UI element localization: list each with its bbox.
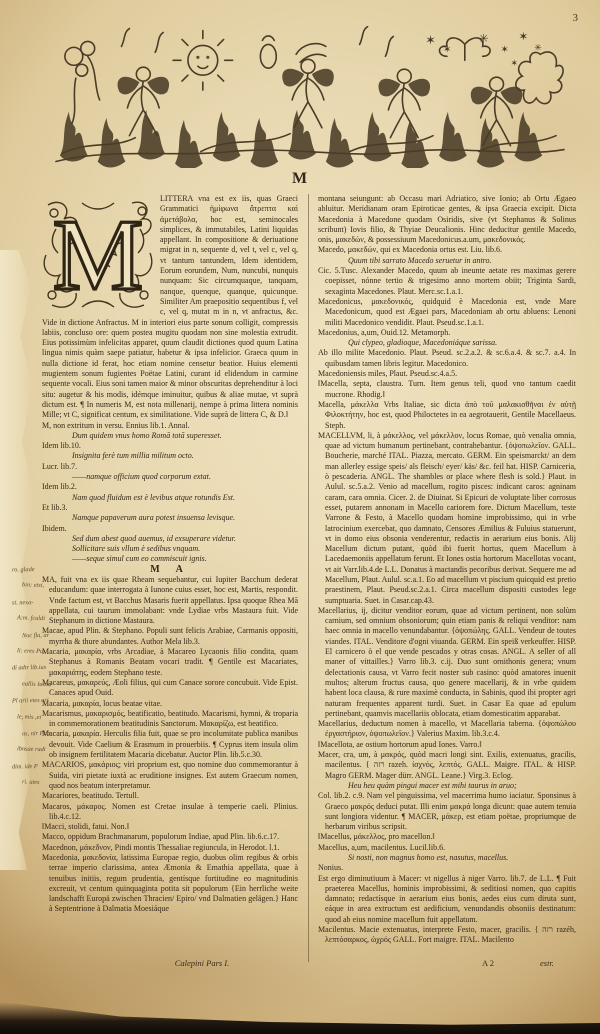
text-columns: M LITTERA vna est ex iis, quas Graeci Gr… xyxy=(42,194,576,962)
star-icon: ✶ xyxy=(510,59,517,69)
margin-note: ibnsae radi xyxy=(17,742,66,760)
paragraph: Macaria, μακαρία, locus beatae vitae. xyxy=(42,699,298,709)
margin-note: Pl arii etes ari xyxy=(12,693,66,710)
paragraph: Idem lib.2. xyxy=(42,482,298,492)
right-column-text: montana seiungunt: ab Occasu mari Adriat… xyxy=(318,194,576,946)
paragraph: Macedo, μακεδών, qui ex Macedonia ortus … xyxy=(318,245,576,255)
cherub-icon xyxy=(282,59,334,127)
margin-note: bin: etsi, xyxy=(22,578,66,596)
paragraph: Macellarius, deductum nomen à macello, v… xyxy=(318,719,576,740)
section-letter-heading: M xyxy=(0,170,600,188)
paragraph: Cic. 5.Tusc. Alexander Macedo, quum ab i… xyxy=(318,266,576,297)
paragraph: Nonius. xyxy=(318,863,576,873)
paragraph: Ab illo milite Macedonio. Plaut. Pseud. … xyxy=(318,348,576,369)
margin-note: Noc fla, ar xyxy=(22,627,66,644)
paragraph: MACARIOS, μακάριος; viri proprium est, q… xyxy=(42,760,298,791)
paragraph: Quum tibi sarrato Macedo seruetur in ant… xyxy=(318,256,576,266)
star-icon: ✳ xyxy=(534,43,541,53)
sun-icon xyxy=(173,31,233,91)
paragraph: ‖Macella, septa, claustra. Turn. Item ge… xyxy=(318,379,576,400)
paragraph: Qui clypeo, gladioque, Macedoniáque sari… xyxy=(318,338,576,348)
urn-icon xyxy=(260,36,276,68)
star-icon: ✶ xyxy=(425,33,436,48)
paragraph: MA, fuit vna ex iis quae Rheam sequebant… xyxy=(42,575,298,626)
paragraph: montana seiungunt: ab Occasu mari Adriat… xyxy=(318,194,576,245)
star-icon: ✶ xyxy=(518,29,528,43)
paragraph: Macaria, μακαρία. Herculis filia fuit, q… xyxy=(42,729,298,760)
margin-note: A:m. fculdi xyxy=(17,611,66,629)
left-column: M LITTERA vna est ex iis, quas Graeci Gr… xyxy=(42,194,298,962)
paragraph: Macae, apud Plin. & Stephano. Populi sun… xyxy=(42,626,298,647)
paragraph: MACELLVM, li, à μάκελλος, vel μάκελλον, … xyxy=(318,431,576,606)
paragraph: Sollicitare suis vllum è sedibus vnquam. xyxy=(42,544,298,554)
headpiece-woodcut: ✶ ✶ ✳ ✶ ✶ ✳ ✶ xyxy=(52,26,568,168)
margin-note: dim. ide P xyxy=(12,758,66,775)
page-number: 3 xyxy=(573,12,579,24)
margin-note: di adtr lib.ius xyxy=(12,660,66,677)
paragraph: Nam quod fluidum est è levibus atque rot… xyxy=(42,493,298,503)
footer-signature: Calepini Pars I. xyxy=(112,958,292,968)
paragraph: Macedoniensis miles, Plaut. Pseud.sc.4.a… xyxy=(318,369,576,379)
paragraph: Macedonia, μακεδονία, latissima Europae … xyxy=(42,853,298,915)
margin-note: as, nir Plin xyxy=(22,726,66,743)
flames-ornament xyxy=(56,110,564,168)
paragraph: Macednon, μάκεδνον, Pindi montis Thessal… xyxy=(42,843,298,853)
paragraph: M, non extritum in versu. Ennius lib.1. … xyxy=(42,421,298,431)
paragraph: ‖Macci, stolidi, fatui. Non.‖ xyxy=(42,822,298,832)
cherub-icon xyxy=(471,77,523,145)
margin-note: li: eres Pu xyxy=(17,643,66,661)
star-icon: ✶ xyxy=(501,44,509,55)
margin-note-fragments: ro. gladebin: etsi,st. nexa-A:m. fculdiN… xyxy=(12,562,66,792)
margin-note: eallis Iuosa xyxy=(22,676,66,694)
paragraph: Macaros, μάκαρος. Nomen est Cretae insul… xyxy=(42,802,298,823)
paragraph: Macellarius, ij, dicitur venditor eorum,… xyxy=(318,606,576,719)
paragraph: Insignita ferè tum millia militum octo. xyxy=(42,451,298,461)
paragraph: Macellus, a,um, macilentus. Lucil.lib.6. xyxy=(318,843,576,853)
paragraph: Ibidem. xyxy=(42,524,298,534)
paragraph: ——namque officium quod corporum extat. xyxy=(42,472,298,482)
margin-note: le, mis ,ei xyxy=(17,709,66,727)
margin-note: ro. glade xyxy=(12,562,66,579)
gathering-signature: A 2 xyxy=(482,958,494,968)
dropcap-letter: M xyxy=(53,199,144,312)
spark-ornament xyxy=(121,27,393,57)
paragraph: Macella, μάκελλα Vrbs Italiae, sic dicta… xyxy=(318,400,576,431)
paragraph: Macco, oppidum Brachmanarum, populorum I… xyxy=(42,832,298,842)
paragraph: Si nosti, non magnus homo est, nasutus, … xyxy=(318,853,576,863)
paragraph: M A xyxy=(42,565,298,575)
paragraph: Macilentus. Macie extenuatus, interprete… xyxy=(318,925,576,946)
paragraph: ‖Macellota, ae ostium hortorum apud Ione… xyxy=(318,740,576,750)
paragraph: Col. lib.2. c.9. Nam vel pinguissima, ve… xyxy=(318,791,576,832)
star-icon: ✳ xyxy=(479,31,489,45)
cherub-icon xyxy=(378,69,430,137)
paragraph: Heu heu quàm pingui macer est mihi tauru… xyxy=(318,781,576,791)
paragraph: Est ergo diminutiuum à Macer: vt nigellu… xyxy=(318,874,576,925)
paragraph: Macedonius, a,um, Ouid.12. Metamorph. xyxy=(318,328,576,338)
catchword: estr. xyxy=(540,958,554,968)
paragraph: Macariores, beatitudo. Tertull. xyxy=(42,791,298,801)
paragraph: Namque papaverum aura potest insuensa le… xyxy=(42,513,298,523)
paragraph: ‖Macellus, μάκελλος, pro macellon.‖ xyxy=(318,832,576,842)
paragraph: Macer, cra, um, à μακρός, quòd macri lon… xyxy=(318,750,576,781)
margin-note: st. nexa- xyxy=(12,594,66,611)
paragraph: Dum quidem vnus homo Romā totā superesse… xyxy=(42,431,298,441)
paragraph: Lucr. lib.7. xyxy=(42,462,298,472)
paragraph: Macedonicus, μακεδονικός, quidquid è Mac… xyxy=(318,297,576,328)
paragraph: Macarismus, μακαρισμός, beatificatio, be… xyxy=(42,709,298,730)
paragraph: Idem lib.10. xyxy=(42,441,298,451)
margin-note: ri. ates xyxy=(22,775,66,792)
paragraph: Sed dum abest quod auemus, id exsuperare… xyxy=(42,534,298,544)
book-page: 3 xyxy=(0,0,600,1034)
dropcap-M: M xyxy=(42,195,154,315)
paragraph: Macareus, μακαρεύς, Æoli filius, qui cum… xyxy=(42,678,298,699)
photo-background-edge xyxy=(0,988,600,1034)
paragraph: Macaria, μακαρία, vrbs Arcadiae, à Macar… xyxy=(42,647,298,678)
paragraph: Et lib.3. xyxy=(42,503,298,513)
star-icon: ✶ xyxy=(443,44,451,55)
left-column-text: M LITTERA vna est ex iis, quas Graeci Gr… xyxy=(42,194,298,915)
right-column: montana seiungunt: ab Occasu mari Adriat… xyxy=(308,194,576,962)
